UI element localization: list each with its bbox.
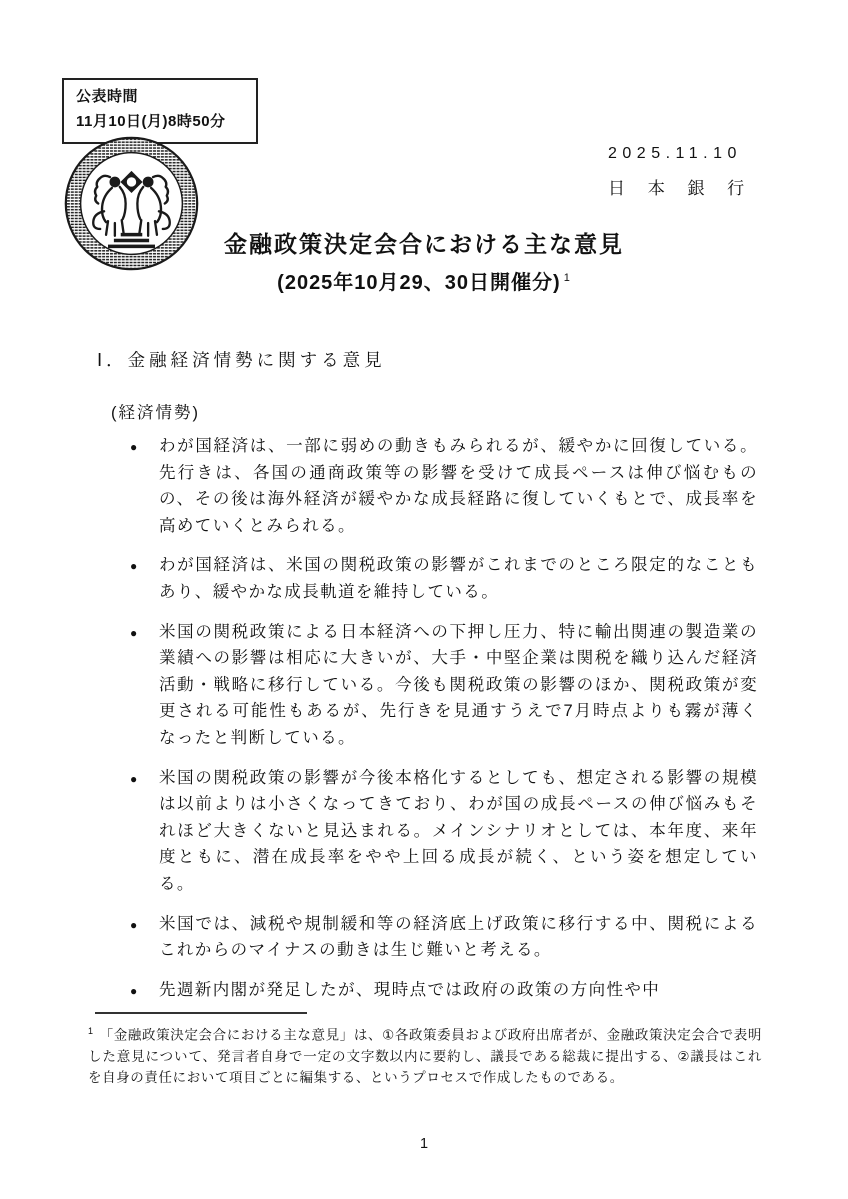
- footnote: 1「金融政策決定会合における主な意見」は、①各政策委員および政府出席者が、金融政…: [88, 1021, 762, 1088]
- document-title: 金融政策決定会合における主な意見: [0, 226, 848, 259]
- footnote-text: 「金融政策決定会合における主な意見」は、①各政策委員および政府出席者が、金融政策…: [88, 1028, 762, 1085]
- document-subtitle-text: (2025年10月29、30日開催分): [277, 272, 561, 294]
- opinion-bullet: 米国の関税政策の影響が今後本格化するとしても、想定される影響の規模は以前よりは小…: [130, 765, 758, 898]
- page-number: 1: [0, 1136, 848, 1152]
- title-footnote-reference: 1: [564, 272, 571, 284]
- opinion-bullet: 米国の関税政策による日本経済への下押し圧力、特に輸出関連の製造業の業績への影響は…: [130, 619, 758, 752]
- opinion-list: わが国経済は、一部に弱めの動きもみられるが、緩やかに回復している。先行きは、各国…: [130, 433, 758, 1016]
- masthead-organization: 日 本 銀 行: [608, 174, 764, 199]
- footnote-marker: 1: [88, 1026, 94, 1036]
- masthead-date: 2025.11.10: [608, 146, 764, 162]
- opinion-bullet: 先週新内閣が発足したが、現時点では政府の政策の方向性や中: [130, 977, 758, 1004]
- opinion-bullet: わが国経済は、一部に弱めの動きもみられるが、緩やかに回復している。先行きは、各国…: [130, 433, 758, 539]
- publish-time-value: 11月10日(月)8時50分: [76, 110, 244, 135]
- masthead: 2025.11.10 日 本 銀 行: [608, 146, 764, 199]
- section-subheading: (経済情勢): [111, 399, 200, 423]
- title-block: 金融政策決定会合における主な意見 (2025年10月29、30日開催分)1: [0, 226, 848, 295]
- publish-time-label: 公表時間: [76, 85, 244, 110]
- footnote-separator: [95, 1012, 307, 1014]
- section-heading: Ⅰ．金融経済情勢に関する意見: [97, 347, 386, 372]
- opinion-bullet: わが国経済は、米国の関税政策の影響がこれまでのところ限定的なこともあり、緩やかな…: [130, 552, 758, 605]
- opinion-bullet: 米国では、減税や規制緩和等の経済底上げ政策に移行する中、関税によるこれからのマイ…: [130, 911, 758, 964]
- document-page: 公表時間 11月10日(月)8時50分: [0, 0, 848, 1199]
- publish-time-box: 公表時間 11月10日(月)8時50分: [62, 78, 258, 144]
- document-subtitle: (2025年10月29、30日開催分)1: [0, 266, 848, 295]
